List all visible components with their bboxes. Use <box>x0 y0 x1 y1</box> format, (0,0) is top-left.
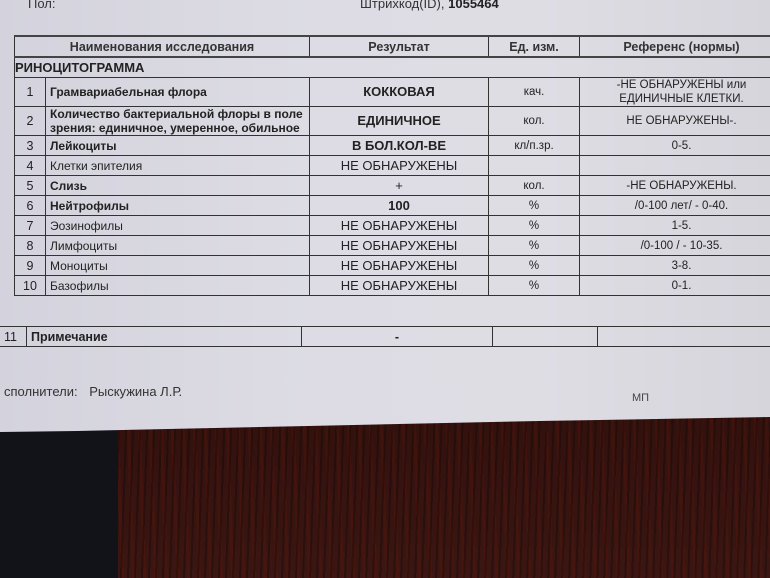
test-name: Нейтрофилы <box>46 196 310 216</box>
sex-label: Пол: <box>28 0 56 11</box>
barcode-value: 1055464 <box>448 0 499 11</box>
note-table: 11 Примечание - <box>0 326 770 347</box>
test-reference: -НЕ ОБНАРУЖЕНЫ. <box>580 176 770 196</box>
table-row: 9МоноцитыНЕ ОБНАРУЖЕНЫ%3-8. <box>15 256 770 276</box>
row-number: 6 <box>15 196 46 216</box>
results-table: Наименования исследования Результат Ед. … <box>14 35 770 296</box>
test-unit: % <box>489 236 580 256</box>
row-number: 4 <box>15 156 46 176</box>
test-name: Клетки эпителия <box>46 156 310 176</box>
table-row: 5Слизь+кол.-НЕ ОБНАРУЖЕНЫ. <box>15 176 770 196</box>
executors-label: сполнители: <box>4 384 78 399</box>
test-unit: % <box>489 216 580 236</box>
test-result: КОККОВАЯ <box>310 78 489 107</box>
test-name: Моноциты <box>46 256 310 276</box>
barcode-field: Штрихкод(ID), 1055464 <box>360 0 499 11</box>
row-number: 10 <box>15 276 46 296</box>
test-reference: 0-1. <box>580 276 770 296</box>
test-unit: % <box>489 256 580 276</box>
test-result: ЕДИНИЧНОЕ <box>310 107 489 136</box>
table-row: 3ЛейкоцитыВ БОЛ.КОЛ-ВЕкл/п.зр.0-5. <box>15 136 770 156</box>
test-reference: /0-100 лет/ - 0-40. <box>580 196 770 216</box>
column-header-name: Наименования исследования <box>15 36 310 57</box>
test-name: Лейкоциты <box>46 136 310 156</box>
test-unit: % <box>489 276 580 296</box>
row-number: 1 <box>15 78 46 107</box>
column-header-unit: Ед. изм. <box>489 36 580 57</box>
table-row: 7ЭозинофилыНЕ ОБНАРУЖЕНЫ%1-5. <box>15 216 770 236</box>
note-unit <box>493 327 598 347</box>
test-name: Эозинофилы <box>46 216 310 236</box>
note-reference <box>598 327 770 347</box>
test-result: 100 <box>310 196 489 216</box>
note-label: Примечание <box>27 327 302 347</box>
test-reference: НЕ ОБНАРУЖЕНЫ-. <box>580 107 770 136</box>
test-result: НЕ ОБНАРУЖЕНЫ <box>310 216 489 236</box>
table-row: 10БазофилыНЕ ОБНАРУЖЕНЫ%0-1. <box>15 276 770 296</box>
row-number: 7 <box>15 216 46 236</box>
test-reference: 3-8. <box>580 256 770 276</box>
table-header-row: Наименования исследования Результат Ед. … <box>15 36 770 57</box>
row-number: 3 <box>15 136 46 156</box>
test-name: Лимфоциты <box>46 236 310 256</box>
column-header-result: Результат <box>310 36 489 57</box>
test-name: Базофилы <box>46 276 310 296</box>
table-row: 2Количество бактериальной флоры в поле з… <box>15 107 770 136</box>
note-num: 11 <box>0 327 27 347</box>
test-unit <box>489 156 580 176</box>
table-row: 8ЛимфоцитыНЕ ОБНАРУЖЕНЫ%/0-100 / - 10-35… <box>15 236 770 256</box>
test-reference: /0-100 / - 10-35. <box>580 236 770 256</box>
test-result: + <box>310 176 489 196</box>
table-row: 6Нейтрофилы100%/0-100 лет/ - 0-40. <box>15 196 770 216</box>
test-reference: 1-5. <box>580 216 770 236</box>
table-row: 1Грамвариабельная флораКОККОВАЯкач.-НЕ О… <box>15 78 770 107</box>
row-number: 8 <box>15 236 46 256</box>
column-header-reference: Референс (нормы) <box>580 36 770 57</box>
test-reference <box>580 156 770 176</box>
executors-line: сполнители: Рыскужина Л.Р. <box>4 384 182 399</box>
test-name: Слизь <box>46 176 310 196</box>
test-result: НЕ ОБНАРУЖЕНЫ <box>310 236 489 256</box>
row-number: 9 <box>15 256 46 276</box>
row-number: 2 <box>15 107 46 136</box>
executor-name: Рыскужина Л.Р. <box>89 384 182 399</box>
dark-object <box>0 420 118 578</box>
test-result: НЕ ОБНАРУЖЕНЫ <box>310 276 489 296</box>
stamp-placeholder: МП <box>632 392 649 404</box>
test-result: НЕ ОБНАРУЖЕНЫ <box>310 256 489 276</box>
section-title-row: РИНОЦИТОГРАММА <box>15 57 770 78</box>
note-row: 11 Примечание - <box>0 327 770 347</box>
lab-report-page: Пол: Штрихкод(ID), 1055464 Наименования … <box>0 0 770 432</box>
test-unit: кл/п.зр. <box>489 136 580 156</box>
test-result: В БОЛ.КОЛ-ВЕ <box>310 136 489 156</box>
test-unit: кол. <box>489 176 580 196</box>
barcode-label: Штрихкод(ID) <box>360 0 441 11</box>
test-reference: -НЕ ОБНАРУЖЕНЫ или ЕДИНИЧНЫЕ КЛЕТКИ. <box>580 78 770 107</box>
test-name: Грамвариабельная флора <box>46 78 310 107</box>
test-unit: кол. <box>489 107 580 136</box>
section-title: РИНОЦИТОГРАММА <box>15 57 770 78</box>
test-name: Количество бактериальной флоры в поле зр… <box>46 107 310 136</box>
test-reference: 0-5. <box>580 136 770 156</box>
note-result: - <box>302 327 493 347</box>
row-number: 5 <box>15 176 46 196</box>
test-unit: % <box>489 196 580 216</box>
test-result: НЕ ОБНАРУЖЕНЫ <box>310 156 489 176</box>
test-unit: кач. <box>489 78 580 107</box>
table-row: 4Клетки эпителияНЕ ОБНАРУЖЕНЫ <box>15 156 770 176</box>
